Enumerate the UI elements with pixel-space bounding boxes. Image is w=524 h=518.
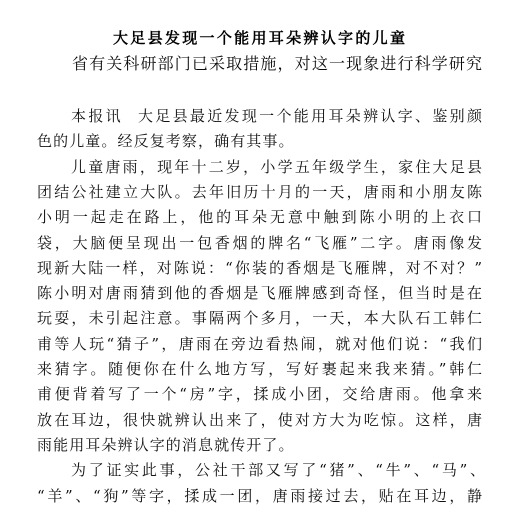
text-line: 袋，大脑便呈现出一包香烟的牌名“飞雁”二字。唐雨像发 [37, 233, 482, 253]
text-line: 甫便背着写了一个“房”字，揉成小团，交给唐雨。他拿来 [37, 384, 482, 404]
subheadline: 省有关科研部门已采取措施，对这一现象进行科学研究 [72, 54, 482, 74]
headline: 大足县发现一个能用耳朵辨认字的儿童 [113, 28, 405, 48]
text-line: 为了证实此事，公社干部又写了“猪”、“牛”、“马”、 [71, 460, 485, 480]
text-line: 来猜字。随便你在什么地方写，写好裹起来我来猜。”韩仁 [37, 359, 482, 379]
text-line-content: 大足县最近发现一个能用耳朵辨认字、鉴别颜 [138, 107, 482, 125]
newspaper-clipping: 大足县发现一个能用耳朵辨认字的儿童 省有关科研部门已采取措施，对这一现象进行科学… [0, 0, 524, 518]
dateline: 本报讯 [71, 107, 123, 125]
text-line: “羊”、“狗”等字，揉成一团，唐雨接过去，贴在耳边，静 [37, 486, 482, 506]
text-line: 团结公社建立大队。去年旧历十月的一天，唐雨和小朋友陈 [37, 182, 482, 202]
text-line: 本报讯大足县最近发现一个能用耳朵辨认字、鉴别颜 [71, 106, 482, 126]
text-line: 小明一起走在路上，他的耳朵无意中触到陈小明的上衣口 [37, 207, 482, 227]
text-line: 儿童唐雨，现年十二岁，小学五年级学生，家住大足县 [71, 157, 482, 177]
text-line: 陈小明对唐雨猜到他的香烟是飞雁牌感到奇怪，但当时是在 [37, 283, 482, 303]
text-line: 现新大陆一样，对陈说：“你装的香烟是飞雁牌，对不对？” [37, 258, 482, 278]
text-line: 色的儿童。经反复考察，确有其事。 [37, 131, 295, 151]
text-line: 玩耍，未引起注意。事隔两个多月，一天，本大队石工韩仁 [37, 308, 482, 328]
text-line: 甫等人玩“猜子”，唐雨在旁边看热闹，就对他们说：“我们 [37, 334, 482, 354]
text-line: 雨能用耳朵辨认字的消息就传开了。 [37, 435, 295, 455]
text-line: 放在耳边，很快就辨认出来了，使对方大为吃惊。这样，唐 [37, 410, 482, 430]
